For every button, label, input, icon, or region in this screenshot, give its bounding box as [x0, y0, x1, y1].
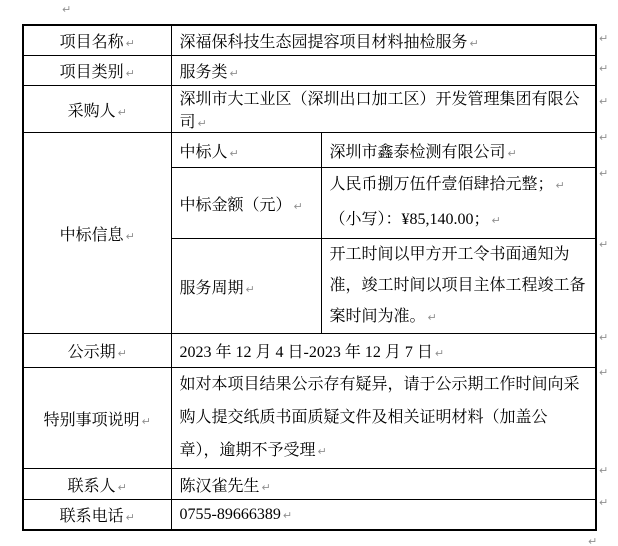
value-contact-person: 陈汉雀先生↵	[171, 469, 596, 500]
value-project-category: 服务类↵	[171, 56, 596, 86]
row-label: 采购人	[68, 103, 116, 120]
label-winner: 中标人↵	[171, 133, 321, 168]
cell-text: 0755-89666389	[180, 506, 281, 523]
cell-end-mark-icon: ↵	[508, 147, 517, 160]
label-bid-amount: 中标金额（元）↵	[171, 168, 321, 239]
label-purchaser: 采购人↵	[23, 86, 171, 133]
cell-end-mark-icon: ↵	[118, 481, 127, 494]
cell-text: 2023 年 12 月 4 日-2023 年 12 月 7 日	[180, 344, 433, 361]
value-service-period: 开工时间以甲方开工令书面通知为准，竣工时间以项目主体工程竣工备案时间为准。↵	[321, 239, 596, 334]
table-row: 项目名称↵ 深福保科技生态园提容项目材料抽检服务↵	[23, 25, 596, 56]
cell-end-mark-icon: ↵	[470, 37, 479, 50]
label-bid-info: 中标信息↵	[23, 133, 171, 334]
cell-end-mark-icon: ↵	[318, 445, 327, 458]
value-publicity-period: 2023 年 12 月 4 日-2023 年 12 月 7 日↵	[171, 334, 596, 368]
label-service-period: 服务周期↵	[171, 239, 321, 334]
document-page: ↵ 项目名称↵ 深福保科技生态园提容项目材料抽检服务↵ 项目类别↵ 服务类↵ 采…	[0, 0, 618, 546]
sub-label: 中标金额（元）	[180, 197, 292, 214]
row-label: 项目类别	[60, 64, 124, 81]
cell-text: 深福保科技生态园提容项目材料抽检服务	[180, 34, 468, 51]
cell-end-mark-icon: ↵	[118, 347, 127, 360]
paragraph-mark-icon: ↵	[62, 3, 71, 16]
cell-end-mark-icon: ↵	[126, 67, 135, 80]
sub-label: 中标人	[180, 144, 228, 161]
table-row: 公示期↵ 2023 年 12 月 4 日-2023 年 12 月 7 日↵	[23, 334, 596, 368]
row-label: 特别事项说明	[44, 412, 140, 429]
row-end-mark-icon: ↵	[599, 167, 608, 180]
cell-end-mark-icon: ↵	[428, 311, 437, 324]
row-end-mark-icon: ↵	[599, 238, 608, 251]
cell-text: 深圳市大工业区（深圳出口加工区）开发管理集团有限公司	[180, 91, 580, 131]
cell-end-mark-icon: ↵	[262, 481, 271, 494]
table-row: 特别事项说明↵ 如对本项目结果公示存有疑异，请于公示期工作时间向采购人提交纸质书…	[23, 368, 596, 469]
row-end-mark-icon: ↵	[599, 331, 608, 344]
table-row: 中标信息↵ 中标人↵ 深圳市鑫泰检测有限公司↵	[23, 133, 596, 168]
row-label: 公示期	[68, 344, 116, 361]
cell-text: 陈汉雀先生	[180, 478, 260, 495]
cell-end-mark-icon: ↵	[435, 347, 444, 360]
cell-end-mark-icon: ↵	[246, 283, 255, 296]
row-label: 中标信息	[60, 227, 124, 244]
label-contact-phone: 联系电话↵	[23, 500, 171, 531]
row-end-mark-icon: ↵	[599, 32, 608, 45]
row-end-mark-icon: ↵	[599, 464, 608, 477]
value-purchaser: 深圳市大工业区（深圳出口加工区）开发管理集团有限公司↵	[171, 86, 596, 133]
value-project-name: 深福保科技生态园提容项目材料抽检服务↵	[171, 25, 596, 56]
cell-end-mark-icon: ↵	[492, 214, 501, 227]
label-contact-person: 联系人↵	[23, 469, 171, 500]
paragraph-mark-icon: ↵	[588, 535, 597, 546]
cell-text: 开工时间以甲方开工令书面通知为准，竣工时间以项目主体工程竣工备案时间为准。	[330, 246, 586, 325]
table-row: 项目类别↵ 服务类↵	[23, 56, 596, 86]
label-publicity-period: 公示期↵	[23, 334, 171, 368]
label-project-name: 项目名称↵	[23, 25, 171, 56]
amount-line-numeric: （小写）：¥85,140.00；↵	[330, 203, 588, 238]
row-end-mark-icon: ↵	[599, 496, 608, 509]
label-project-category: 项目类别↵	[23, 56, 171, 86]
value-bid-amount: 人民币捌万伍仟壹佰肆拾元整；↵ （小写）：¥85,140.00；↵	[321, 168, 596, 239]
table-row: 采购人↵ 深圳市大工业区（深圳出口加工区）开发管理集团有限公司↵	[23, 86, 596, 133]
cell-end-mark-icon: ↵	[283, 509, 292, 522]
amount-line-uppercase: 人民币捌万伍仟壹佰肆拾元整；↵	[330, 168, 588, 203]
bid-announcement-table: 项目名称↵ 深福保科技生态园提容项目材料抽检服务↵ 项目类别↵ 服务类↵ 采购人…	[22, 24, 597, 531]
cell-end-mark-icon: ↵	[198, 117, 207, 130]
label-special-notes: 特别事项说明↵	[23, 368, 171, 469]
table-row: 联系人↵ 陈汉雀先生↵	[23, 469, 596, 500]
sub-label: 服务周期	[180, 280, 244, 297]
cell-end-mark-icon: ↵	[556, 179, 565, 192]
cell-text: 如对本项目结果公示存有疑异，请于公示期工作时间向采购人提交纸质书面质疑文件及相关…	[180, 376, 580, 459]
cell-text: 人民币捌万伍仟壹佰肆拾元整；	[330, 176, 554, 193]
cell-end-mark-icon: ↵	[126, 37, 135, 50]
row-end-mark-icon: ↵	[599, 366, 608, 379]
cell-end-mark-icon: ↵	[294, 200, 303, 213]
row-end-mark-icon: ↵	[599, 62, 608, 75]
row-end-mark-icon: ↵	[599, 131, 608, 144]
cell-text: 服务类	[180, 64, 228, 81]
row-label: 联系人	[68, 478, 116, 495]
cell-end-mark-icon: ↵	[230, 147, 239, 160]
cell-end-mark-icon: ↵	[142, 415, 151, 428]
cell-text: 深圳市鑫泰检测有限公司	[330, 144, 506, 161]
row-label: 联系电话	[60, 508, 124, 525]
cell-end-mark-icon: ↵	[118, 106, 127, 119]
cell-text: （小写）：¥85,140.00；	[330, 211, 490, 228]
value-special-notes: 如对本项目结果公示存有疑异，请于公示期工作时间向采购人提交纸质书面质疑文件及相关…	[171, 368, 596, 469]
table-row: 联系电话↵ 0755-89666389↵	[23, 500, 596, 531]
value-winner: 深圳市鑫泰检测有限公司↵	[321, 133, 596, 168]
row-label: 项目名称	[60, 34, 124, 51]
value-contact-phone: 0755-89666389↵	[171, 500, 596, 531]
row-end-mark-icon: ↵	[599, 95, 608, 108]
cell-end-mark-icon: ↵	[126, 511, 135, 524]
cell-end-mark-icon: ↵	[230, 67, 239, 80]
cell-end-mark-icon: ↵	[126, 230, 135, 243]
